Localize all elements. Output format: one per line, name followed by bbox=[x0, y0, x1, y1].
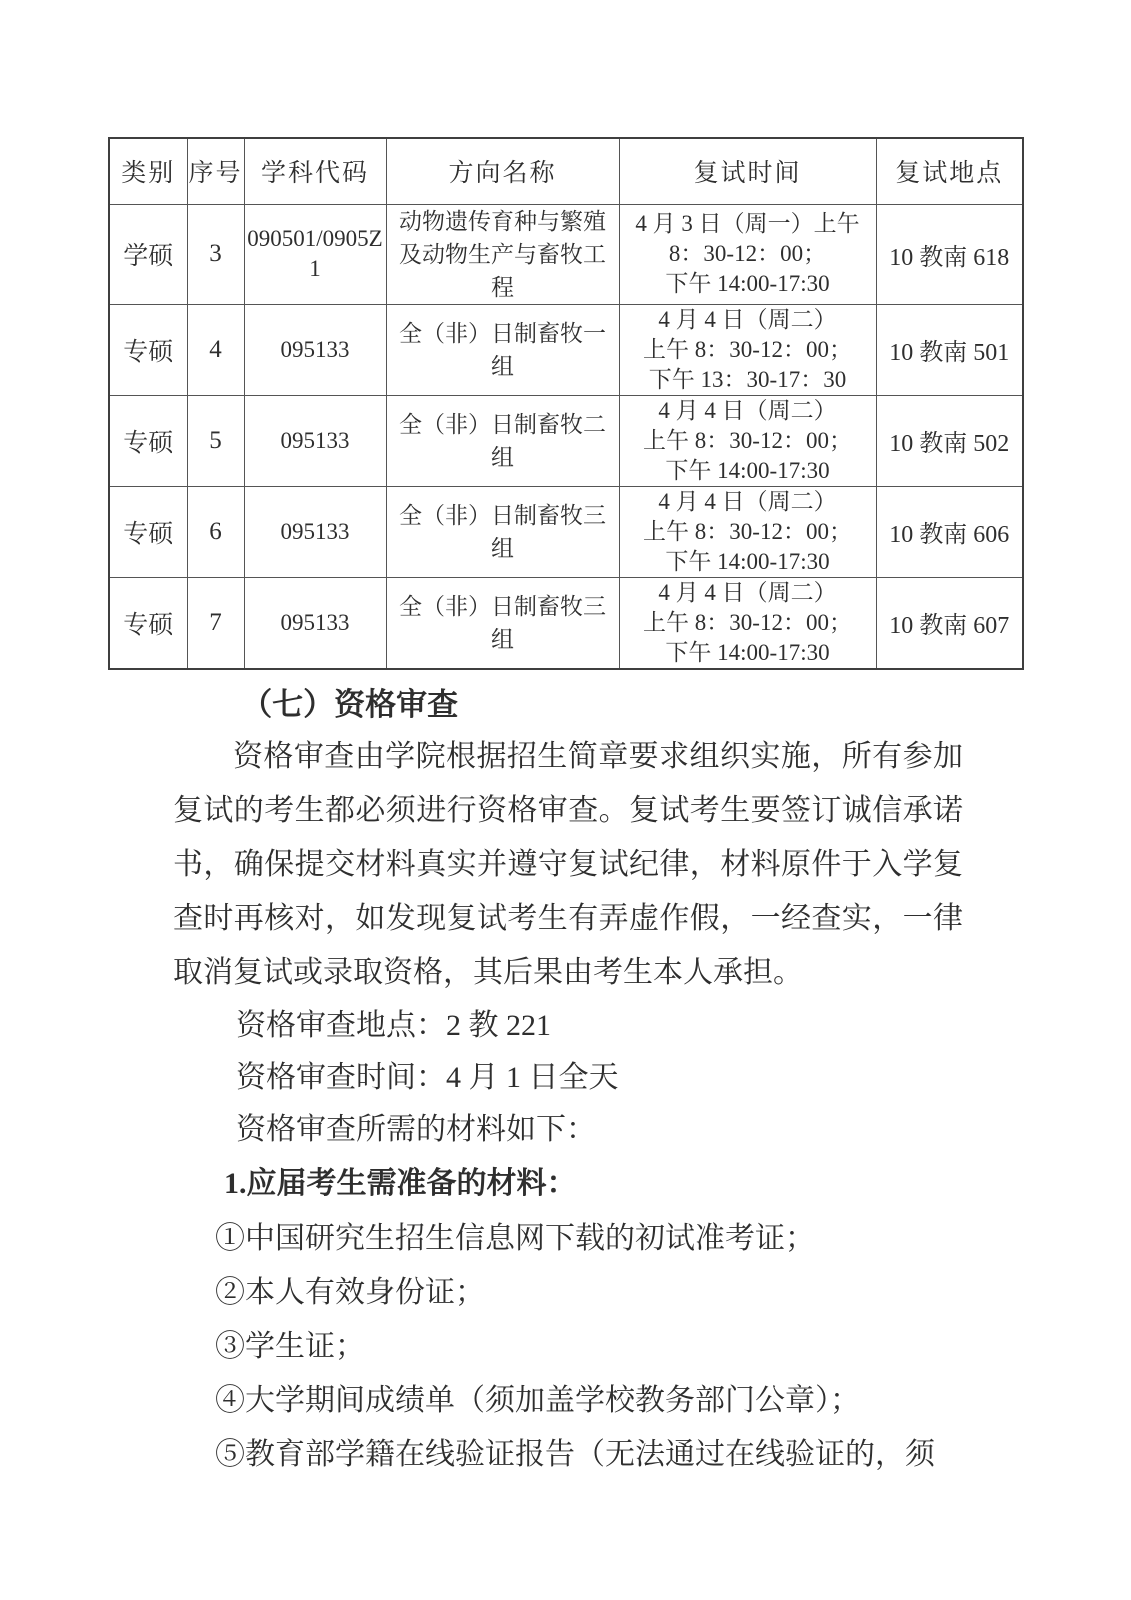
table-row: 专硕 6 095133 全（非）日制畜牧三组 4 月 4 日（周二） 上午 8：… bbox=[109, 486, 1023, 577]
cell-time: 4 月 4 日（周二） 上午 8：30-12：00； 下午 13：30-17：3… bbox=[619, 304, 876, 395]
material-item-2: ②本人有效身份证； bbox=[173, 1266, 963, 1320]
cell-time: 4 月 3 日（周一）上午 8：30-12：00； 下午 14:00-17:30 bbox=[619, 204, 876, 304]
time-line: 4 月 4 日（周二） bbox=[622, 487, 874, 517]
cell-code: 095133 bbox=[244, 304, 386, 395]
review-location-line: 资格审查地点：2 教 221 bbox=[173, 1000, 963, 1052]
qualification-review-paragraph: 资格审查由学院根据招生简章要求组织实施，所有参加复试的考生都必须进行资格审查。复… bbox=[173, 730, 963, 1000]
time-line: 4 月 4 日（周二） bbox=[622, 396, 874, 426]
cell-category: 学硕 bbox=[109, 204, 187, 304]
cell-code: 095133 bbox=[244, 577, 386, 669]
table-row: 专硕 5 095133 全（非）日制畜牧二组 4 月 4 日（周二） 上午 8：… bbox=[109, 395, 1023, 486]
cell-no: 7 bbox=[187, 577, 244, 669]
cell-no: 6 bbox=[187, 486, 244, 577]
cell-location: 10 教南 606 bbox=[876, 486, 1023, 577]
cell-direction: 全（非）日制畜牧二组 bbox=[386, 395, 619, 486]
review-time-line: 资格审查时间：4 月 1 日全天 bbox=[173, 1052, 963, 1104]
cell-direction: 全（非）日制畜牧一组 bbox=[386, 304, 619, 395]
cell-direction: 全（非）日制畜牧三组 bbox=[386, 577, 619, 669]
time-line: 上午 8：30-12：00； bbox=[622, 426, 874, 456]
time-line: 4 月 4 日（周二） bbox=[622, 305, 874, 335]
header-cell-direction: 方向名称 bbox=[386, 138, 619, 204]
cell-direction: 动物遗传育种与繁殖及动物生产与畜牧工程 bbox=[386, 204, 619, 304]
cell-category: 专硕 bbox=[109, 395, 187, 486]
time-line: 上午 8：30-12：00； bbox=[622, 608, 874, 638]
header-cell-code: 学科代码 bbox=[244, 138, 386, 204]
time-line: 下午 14:00-17:30 bbox=[622, 269, 874, 299]
cell-no: 4 bbox=[187, 304, 244, 395]
cell-no: 3 bbox=[187, 204, 244, 304]
cell-direction: 全（非）日制畜牧三组 bbox=[386, 486, 619, 577]
cell-time: 4 月 4 日（周二） 上午 8：30-12：00； 下午 14:00-17:3… bbox=[619, 395, 876, 486]
cell-code: 095133 bbox=[244, 486, 386, 577]
time-line: 上午 8：30-12：00； bbox=[622, 335, 874, 365]
time-line: 4 月 3 日（周一）上午 bbox=[622, 209, 874, 239]
cell-location: 10 教南 502 bbox=[876, 395, 1023, 486]
table-row: 学硕 3 090501/0905Z1 动物遗传育种与繁殖及动物生产与畜牧工程 4… bbox=[109, 204, 1023, 304]
time-line: 上午 8：30-12：00； bbox=[622, 517, 874, 547]
cell-code: 090501/0905Z1 bbox=[244, 204, 386, 304]
table-row: 专硕 7 095133 全（非）日制畜牧三组 4 月 4 日（周二） 上午 8：… bbox=[109, 577, 1023, 669]
fresh-graduates-materials-heading: 1.应届考生需准备的材料： bbox=[173, 1156, 963, 1212]
time-line: 4 月 4 日（周二） bbox=[622, 578, 874, 608]
review-schedule-table: 类别 序号 学科代码 方向名称 复试时间 复试地点 学硕 3 090501/09… bbox=[108, 137, 1024, 670]
cell-location: 10 教南 501 bbox=[876, 304, 1023, 395]
material-item-4: ④大学期间成绩单（须加盖学校教务部门公章）； bbox=[173, 1374, 963, 1428]
header-cell-time: 复试时间 bbox=[619, 138, 876, 204]
header-cell-location: 复试地点 bbox=[876, 138, 1023, 204]
section-heading: （七）资格审查 bbox=[173, 680, 963, 730]
cell-category: 专硕 bbox=[109, 304, 187, 395]
material-item-1: ①中国研究生招生信息网下载的初试准考证； bbox=[173, 1212, 963, 1266]
time-line: 下午 14:00-17:30 bbox=[622, 638, 874, 668]
cell-code: 095133 bbox=[244, 395, 386, 486]
cell-time: 4 月 4 日（周二） 上午 8：30-12：00； 下午 14:00-17:3… bbox=[619, 577, 876, 669]
header-cell-no: 序号 bbox=[187, 138, 244, 204]
time-line: 下午 14:00-17:30 bbox=[622, 456, 874, 486]
header-cell-category: 类别 bbox=[109, 138, 187, 204]
time-line: 下午 13：30-17：30 bbox=[622, 365, 874, 395]
cell-category: 专硕 bbox=[109, 486, 187, 577]
table-header-row: 类别 序号 学科代码 方向名称 复试时间 复试地点 bbox=[109, 138, 1023, 204]
material-item-5: ⑤教育部学籍在线验证报告（无法通过在线验证的，须 bbox=[173, 1428, 963, 1482]
cell-category: 专硕 bbox=[109, 577, 187, 669]
material-item-3: ③学生证； bbox=[173, 1320, 963, 1374]
cell-location: 10 教南 607 bbox=[876, 577, 1023, 669]
time-line: 下午 14:00-17:30 bbox=[622, 547, 874, 577]
time-line: 8：30-12：00； bbox=[622, 239, 874, 269]
cell-no: 5 bbox=[187, 395, 244, 486]
cell-time: 4 月 4 日（周二） 上午 8：30-12：00； 下午 14:00-17:3… bbox=[619, 486, 876, 577]
review-materials-intro-line: 资格审查所需的材料如下： bbox=[173, 1104, 963, 1156]
cell-location: 10 教南 618 bbox=[876, 204, 1023, 304]
table-row: 专硕 4 095133 全（非）日制畜牧一组 4 月 4 日（周二） 上午 8：… bbox=[109, 304, 1023, 395]
qualification-review-section: （七）资格审查 资格审查由学院根据招生简章要求组织实施，所有参加复试的考生都必须… bbox=[173, 680, 963, 1482]
